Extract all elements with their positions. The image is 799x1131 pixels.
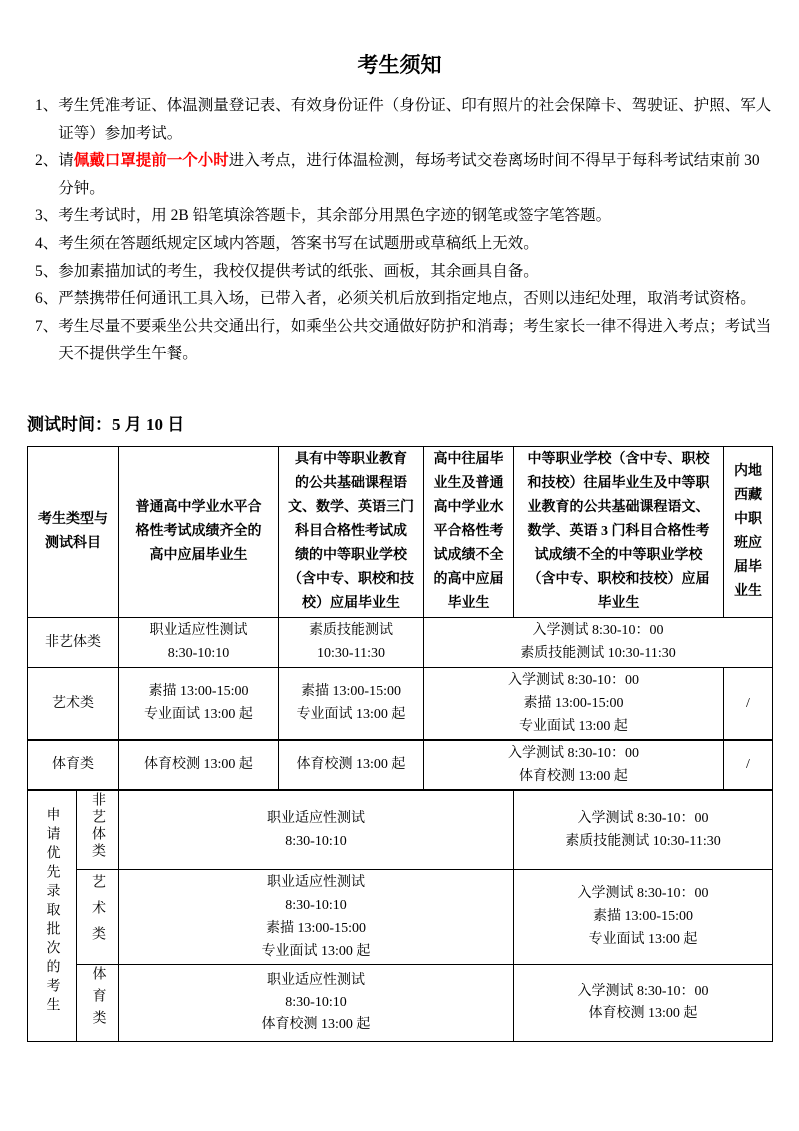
item-text: 考生尽量不要乘坐公共交通出行，如乘坐公共交通做好防护和消毒；考生家长一律不得进入… [58,313,772,368]
item-text-segment: 考生须在答题纸规定区域内答题，答案书写在试题册或草稿纸上无效。 [58,235,539,252]
header-tibet-class-grads: 内地 西藏 中职 班应 届毕 业生 [724,446,773,617]
item-text-segment: 考生考试时，用 2B 铅笔填涂答题卡，其余部分用黑色字迹的钢笔或签字笔答题。 [58,207,611,224]
cell-schedule: 素描 13:00-15:00 专业面试 13:00 起 [119,667,279,740]
category-text: 体育类 [87,966,109,1032]
item-text-segment: 请 [58,152,74,169]
cell-not-applicable: / [724,667,773,740]
cell-schedule: 体育校测 13:00 起 [279,740,424,790]
item-text-segment: 考生尽量不要乘坐公共交通出行，如乘坐公共交通做好防护和消毒；考生家长一律不得进入… [58,318,771,363]
item-text-highlight: 佩戴口罩提前一个小时 [74,152,229,169]
cell-merged-schedule: 入学测试 8:30-10：00 素质技能测试 10:30-11:30 [514,790,773,870]
cell-priority-label: 申请优先录取批次的考生 [28,790,77,1042]
schedule-heading: 测试时间：5 月 10 日 [27,413,772,437]
item-number: 3、 [35,202,58,230]
notice-item-6: 6、 严禁携带任何通讯工具入场，已带入者，必须关机后放到指定地点，否则以违纪处理… [35,285,772,313]
cell-merged-schedule: 入学测试 8:30-10：00 素描 13:00-15:00 专业面试 13:0… [514,869,773,964]
cell-category: 艺术类 [77,869,119,964]
row-priority-art: 艺术类 职业适应性测试 8:30-10:10 素描 13:00-15:00 专业… [28,869,773,964]
header-candidate-type: 考生类型与 测试科目 [28,446,119,617]
item-number: 7、 [35,313,58,368]
item-number: 5、 [35,258,58,286]
cell-category: 体育类 [28,740,119,790]
item-text: 严禁携带任何通讯工具入场，已带入者，必须关机后放到指定地点，否则以违纪处理，取消… [58,285,772,313]
notice-item-5: 5、 参加素描加试的考生，我校仅提供考试的纸张、画板，其余画具自备。 [35,258,772,286]
cell-schedule: 素质技能测试 10:30-11:30 [279,617,424,667]
item-number: 2、 [35,147,58,202]
item-text: 请佩戴口罩提前一个小时进入考点，进行体温检测，每场考试交卷离场时间不得早于每科考… [58,147,772,202]
category-text: 艺术类 [86,874,109,952]
cell-category: 体育类 [77,964,119,1041]
cell-merged-schedule: 入学测试 8:30-10：00 素描 13:00-15:00 专业面试 13:0… [424,667,724,740]
cell-schedule: 素描 13:00-15:00 专业面试 13:00 起 [279,667,424,740]
notice-item-4: 4、 考生须在答题纸规定区域内答题，答案书写在试题册或草稿纸上无效。 [35,230,772,258]
cell-schedule: 职业适应性测试 8:30-10:10 [119,617,279,667]
cell-merged-schedule: 入学测试 8:30-10：00 素质技能测试 10:30-11:30 [424,617,773,667]
notice-item-2: 2、 请佩戴口罩提前一个小时进入考点，进行体温检测，每场考试交卷离场时间不得早于… [35,147,772,202]
header-row: 考生类型与 测试科目 普通高中学业水平合 格性考试成绩齐全的 高中应届毕业生 具… [28,446,773,617]
cell-schedule: 体育校测 13:00 起 [119,740,279,790]
item-text: 考生考试时，用 2B 铅笔填涂答题卡，其余部分用黑色字迹的钢笔或签字笔答题。 [58,202,772,230]
document-title: 考生须知 [27,52,772,78]
cell-schedule: 职业适应性测试 8:30-10:10 体育校测 13:00 起 [119,964,514,1041]
item-text: 参加素描加试的考生，我校仅提供考试的纸张、画板，其余画具自备。 [58,258,772,286]
notice-item-3: 3、 考生考试时，用 2B 铅笔填涂答题卡，其余部分用黑色字迹的钢笔或签字笔答题… [35,202,772,230]
row-pe: 体育类 体育校测 13:00 起 体育校测 13:00 起 入学测试 8:30-… [28,740,773,790]
cell-category: 非艺体类 [28,617,119,667]
cell-not-applicable: / [724,740,773,790]
category-text: 非艺体类 [86,792,109,860]
item-text: 考生凭准考证、体温测量登记表、有效身份证件（身份证、印有照片的社会保障卡、驾驶证… [58,92,772,147]
item-number: 1、 [35,92,58,147]
row-non-art-pe: 非艺体类 职业适应性测试 8:30-10:10 素质技能测试 10:30-11:… [28,617,773,667]
header-hs-former-incomplete: 高中往届毕 业生及普通 高中学业水 平合格性考 试成绩不全 的高中应届 毕业生 [424,446,514,617]
item-text: 考生须在答题纸规定区域内答题，答案书写在试题册或草稿纸上无效。 [58,230,772,258]
cell-merged-schedule: 入学测试 8:30-10：00 体育校测 13:00 起 [514,964,773,1041]
priority-label-text: 申请优先录取批次的考生 [41,807,64,1016]
header-vocational-grads-complete: 具有中等职业教育 的公共基础课程语 文、数学、英语三门 科目合格性考试成 绩的中… [279,446,424,617]
document-page: 考生须知 1、 考生凭准考证、体温测量登记表、有效身份证件（身份证、印有照片的社… [0,0,799,1131]
cell-category: 非艺体类 [77,790,119,870]
item-text-segment: 严禁携带任何通讯工具入场，已带入者，必须关机后放到指定地点，否则以违纪处理，取消… [58,290,756,307]
cell-category: 艺术类 [28,667,119,740]
cell-schedule: 职业适应性测试 8:30-10:10 [119,790,514,870]
item-number: 6、 [35,285,58,313]
cell-merged-schedule: 入学测试 8:30-10：00 体育校测 13:00 起 [424,740,724,790]
item-text-segment: 考生凭准考证、体温测量登记表、有效身份证件（身份证、印有照片的社会保障卡、驾驶证… [58,97,771,142]
item-text-segment: 参加素描加试的考生，我校仅提供考试的纸张、画板，其余画具自备。 [58,263,539,280]
header-vocational-former-incomplete: 中等职业学校（含中专、职校 和技校）往届毕业生及中等职 业教育的公共基础课程语文… [514,446,724,617]
notice-list: 1、 考生凭准考证、体温测量登记表、有效身份证件（身份证、印有照片的社会保障卡、… [27,92,772,368]
schedule-table: 考生类型与 测试科目 普通高中学业水平合 格性考试成绩齐全的 高中应届毕业生 具… [27,446,773,1042]
row-art: 艺术类 素描 13:00-15:00 专业面试 13:00 起 素描 13:00… [28,667,773,740]
notice-item-7: 7、 考生尽量不要乘坐公共交通出行，如乘坐公共交通做好防护和消毒；考生家长一律不… [35,313,772,368]
header-regular-hs-grads: 普通高中学业水平合 格性考试成绩齐全的 高中应届毕业生 [119,446,279,617]
row-priority-non-art-pe: 申请优先录取批次的考生 非艺体类 职业适应性测试 8:30-10:10 入学测试… [28,790,773,870]
cell-schedule: 职业适应性测试 8:30-10:10 素描 13:00-15:00 专业面试 1… [119,869,514,964]
item-number: 4、 [35,230,58,258]
row-priority-pe: 体育类 职业适应性测试 8:30-10:10 体育校测 13:00 起 入学测试… [28,964,773,1041]
notice-item-1: 1、 考生凭准考证、体温测量登记表、有效身份证件（身份证、印有照片的社会保障卡、… [35,92,772,147]
